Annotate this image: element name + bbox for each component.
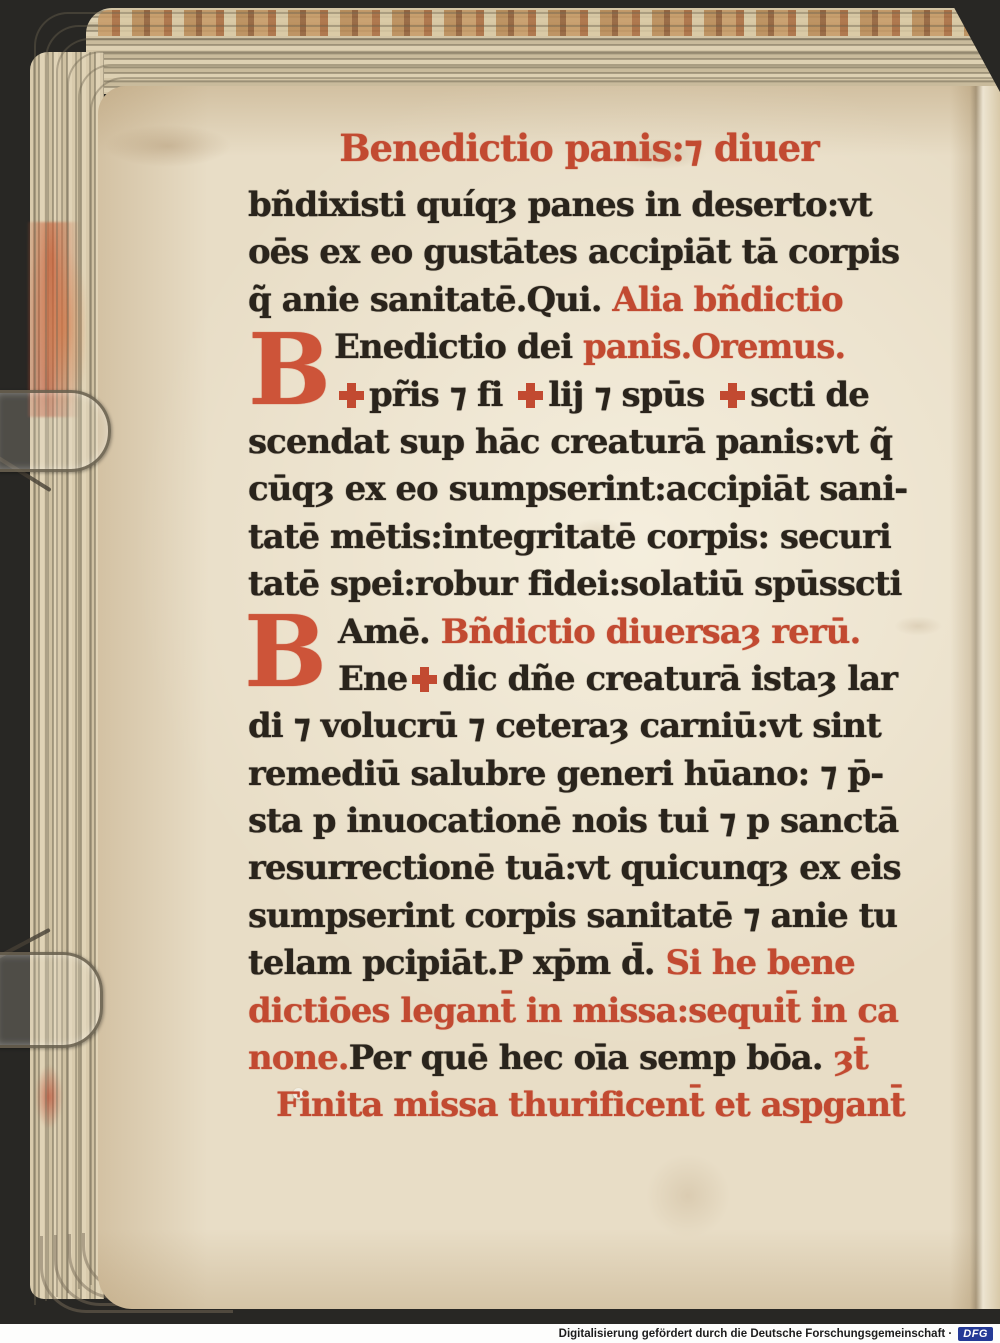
text-line: Enedictio dei panis.Oremus. <box>248 324 910 371</box>
text-line: resurrectionē tuā:vt quicunqȝ ex eis <box>248 845 910 892</box>
text-run: tatē spei:robur fidei:solatiū spūsscti <box>248 564 901 604</box>
text-run: Amē. <box>338 612 441 652</box>
text-line: Enedic dñe creaturā istaȝ lar <box>248 656 910 703</box>
text-run: resurrectionē tuā:vt quicunqȝ ex eis <box>248 848 901 888</box>
marbled-flyleaf-edge <box>34 1062 64 1132</box>
text-line: oēs ex eo gustātes accipiāt tā corpis <box>248 229 910 276</box>
text-line: Finita missa thurificent̄ et aspgant̄ <box>248 1082 910 1129</box>
text-run: Finita missa thurificent̄ et aspgant̄ <box>276 1085 905 1125</box>
page-text: Benedictio panis:⁊ diuerbñdixisti quíqȝ … <box>248 120 910 1130</box>
text-line: q̃ anie sanitatē.Qui. Alia bñdictio <box>248 277 910 324</box>
text-line: sumpserint corpis sanitatē ⁊ anie tu <box>248 893 910 940</box>
text-line: dictiōes legant̄ in missa:sequit̄ in ca <box>248 988 910 1035</box>
page-clip <box>0 390 111 472</box>
text-run: Enedictio dei <box>334 327 583 367</box>
text-line: none.Per quē hec oīa semp bōa. ȝt̄ <box>248 1035 910 1082</box>
text-run: Si he bene <box>665 943 854 983</box>
text-run: ȝt̄ <box>833 1038 867 1078</box>
text-run: scti de <box>750 375 869 415</box>
text-line: di ⁊ volucrū ⁊ ceteraȝ carniū:vt sint <box>248 703 910 750</box>
maltese-cross-icon <box>518 383 543 408</box>
text-run: remediū salubre generi hūano: ⁊ p̄- <box>248 754 883 794</box>
text-run: di ⁊ volucrū ⁊ ceteraȝ carniū:vt sint <box>248 706 881 746</box>
text-line: tatē mētis:integritatē corpis: securi <box>248 514 910 561</box>
text-run: lij ⁊ spūs <box>548 375 715 415</box>
text-line: telam pcipiāt.P xp̄m d̄. Si he bene <box>248 940 910 987</box>
text-line: Amē. Bñdictio diuersaȝ rerū. <box>248 609 910 656</box>
text-line: tatē spei:robur fidei:solatiū spūsscti <box>248 561 910 608</box>
book-top-edge-decoration <box>98 10 992 36</box>
text-line: remediū salubre generi hūano: ⁊ p̄- <box>248 751 910 798</box>
text-run: scendat sup hāc creaturā panis:vt q̃ <box>248 422 892 462</box>
text-run: dic dñe creaturā istaȝ lar <box>442 659 897 699</box>
text-run: Per quē hec oīa semp bōa. <box>349 1038 834 1078</box>
text-run: Alia bñdictio <box>612 280 842 320</box>
dfg-logo: DFG <box>958 1327 993 1341</box>
text-run: pr̃is ⁊ fi <box>369 375 513 415</box>
text-line: sta p inuocationē nois tui ⁊ p sanctā <box>248 798 910 845</box>
gutter-fold <box>950 86 1000 1309</box>
scanned-book-page: Benedictio panis:⁊ diuerbñdixisti quíqȝ … <box>0 0 1000 1343</box>
text-line: cūqȝ ex eo sumpserint:accipiāt sani- <box>248 466 910 513</box>
text-line: scendat sup hāc creaturā panis:vt q̃ <box>248 419 910 466</box>
lombardic-initial: B <box>242 326 337 416</box>
marbled-flyleaf-edge <box>28 222 86 417</box>
text-run: telam pcipiāt.P xp̄m d̄. <box>248 943 665 983</box>
watermark-text: Digitalisierung gefördert durch die Deut… <box>559 1328 953 1340</box>
text-run: sta p inuocationē nois tui ⁊ p sanctā <box>248 801 898 841</box>
text-line: bñdixisti quíqȝ panes in deserto:vt <box>248 182 910 229</box>
text-run: dictiōes legant̄ in missa:sequit̄ in ca <box>248 991 898 1031</box>
maltese-cross-icon <box>339 383 364 408</box>
text-run: sumpserint corpis sanitatē ⁊ anie tu <box>248 896 897 936</box>
text-line: pr̃is ⁊ fi lij ⁊ spūs scti de <box>248 372 910 419</box>
text-run: Bñdictio diuersaȝ rerū. <box>441 612 861 652</box>
digitization-watermark-bar: Digitalisierung gefördert durch die Deut… <box>0 1324 1000 1343</box>
maltese-cross-icon <box>412 667 437 692</box>
text-run: Benedictio panis:⁊ diuer <box>339 126 818 170</box>
text-run: Ene <box>338 659 407 699</box>
lombardic-initial: B <box>238 608 333 698</box>
text-run: panis.Oremus. <box>583 327 845 367</box>
text-run: bñdixisti quíqȝ panes in deserto:vt <box>248 185 872 225</box>
heading-line: Benedictio panis:⁊ diuer <box>248 120 910 182</box>
text-run: none. <box>248 1038 349 1078</box>
text-run: tatē mētis:integritatē corpis: securi <box>248 517 891 557</box>
text-run: oēs ex eo gustātes accipiāt tā corpis <box>248 232 899 272</box>
maltese-cross-icon <box>720 383 745 408</box>
text-run: cūqȝ ex eo sumpserint:accipiāt sani- <box>248 469 907 509</box>
page-clip <box>0 952 103 1048</box>
